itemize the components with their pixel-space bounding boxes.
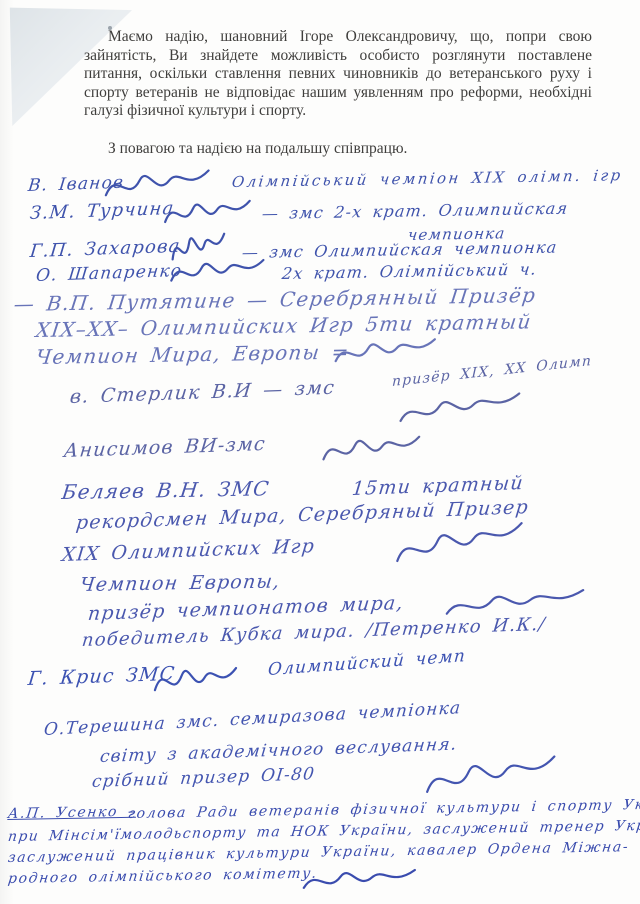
handwritten-line: З.М. Турчина bbox=[29, 198, 176, 224]
handwritten-line: О. Шапаренко bbox=[35, 261, 183, 286]
signature-flourish bbox=[331, 331, 441, 372]
handwritten-line: Анисимов ВИ-змс bbox=[63, 433, 267, 462]
signature-flourish bbox=[167, 251, 269, 292]
handwritten-line: Чемпион Мира, Европы = bbox=[35, 339, 352, 369]
handwritten-line: 2х крат. Олімпійський ч. bbox=[281, 260, 538, 283]
handwritten-line: Беляев В.Н. ЗМС bbox=[61, 476, 272, 504]
signature-flourish bbox=[394, 385, 527, 432]
handwritten-line: родного олімпійського комітету. bbox=[7, 866, 319, 887]
handwritten-line: в. Стерлик В.И — змс bbox=[69, 377, 336, 408]
handwritten-line: А.П. Усенко – bbox=[7, 804, 138, 822]
signature-flourish bbox=[299, 862, 420, 898]
handwritten-line: ХІХ Олимпийских Игр bbox=[61, 535, 316, 566]
handwritten-line: — змс Олимпийская чемпионка bbox=[241, 237, 559, 262]
handwritten-line: О.Терешина змс. семиразова чемпіонка bbox=[43, 698, 462, 740]
handwritten-line: Г.П. Захарова bbox=[29, 236, 182, 262]
handwritten-line: 15ти кратный bbox=[351, 472, 525, 500]
handwritten-line: Олимпийский чемп bbox=[267, 646, 466, 680]
handwritten-line: — змс 2-х крат. Олимпийская bbox=[261, 199, 570, 223]
letter-page: Маємо надію, шановний Ігоре Олександрови… bbox=[0, 0, 640, 904]
signature-flourish bbox=[319, 427, 425, 472]
handwritten-line: світу з академічного веслування. bbox=[99, 734, 458, 767]
signatures-block: В. ІвановОлімпійський чемпіон ХІХ олімп.… bbox=[0, 0, 640, 904]
handwritten-line: срібний призер ОІ-80 bbox=[91, 764, 316, 792]
handwritten-line: голова Ради ветеранів фізичної культури … bbox=[127, 796, 640, 822]
handwritten-line: Чемпион Европы, bbox=[79, 570, 282, 596]
handwritten-line: Олімпійський чемпіон ХІХ олімп. ігр bbox=[231, 166, 624, 191]
signature-flourish bbox=[151, 657, 240, 704]
